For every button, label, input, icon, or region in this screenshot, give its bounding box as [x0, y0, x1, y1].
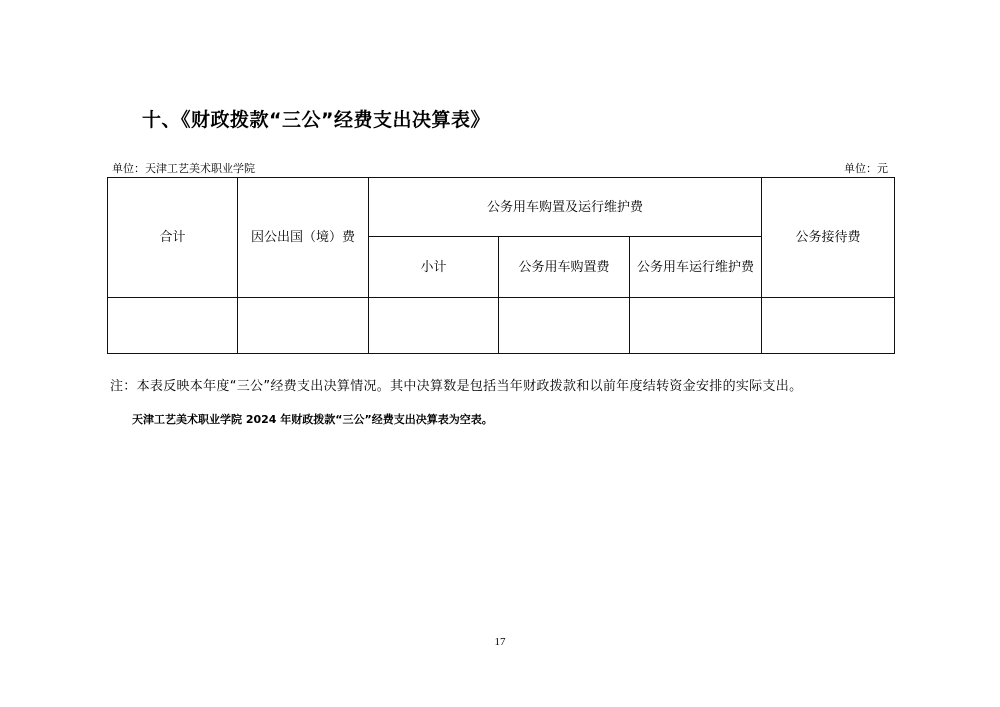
header-vehicle-purchase: 公务用车购置费: [499, 237, 630, 298]
unit-organization: 单位：天津工艺美术职业学院: [112, 160, 255, 176]
page-title: 十、《财政拨款“三公”经费支出决算表》: [142, 105, 490, 132]
table-row: [108, 298, 895, 354]
cell-vehicle-subtotal: [369, 298, 499, 354]
empty-table-statement: 天津工艺美术职业学院 2024 年财政拨款“三公”经费支出决算表为空表。: [132, 411, 493, 427]
cell-vehicle-operation: [630, 298, 762, 354]
header-reception: 公务接待费: [762, 178, 895, 298]
cell-total: [108, 298, 238, 354]
three-public-expenses-table: 合计 因公出国（境）费 公务用车购置及运行维护费 公务接待费 小计 公务用车购置…: [107, 177, 895, 354]
table-note: 注：本表反映本年度“三公”经费支出决算情况。其中决算数是包括当年财政拨款和以前年…: [110, 375, 802, 394]
table-header-row-1: 合计 因公出国（境）费 公务用车购置及运行维护费 公务接待费: [108, 178, 895, 237]
cell-vehicle-purchase: [499, 298, 630, 354]
header-vehicle-subtotal: 小计: [369, 237, 499, 298]
cell-overseas: [238, 298, 369, 354]
header-overseas: 因公出国（境）费: [238, 178, 369, 298]
header-total: 合计: [108, 178, 238, 298]
cell-reception: [762, 298, 895, 354]
unit-currency: 单位：元: [844, 160, 888, 176]
header-vehicle-operation: 公务用车运行维护费: [630, 237, 762, 298]
header-vehicle-group: 公务用车购置及运行维护费: [369, 178, 762, 237]
page-number: 17: [0, 636, 1000, 648]
